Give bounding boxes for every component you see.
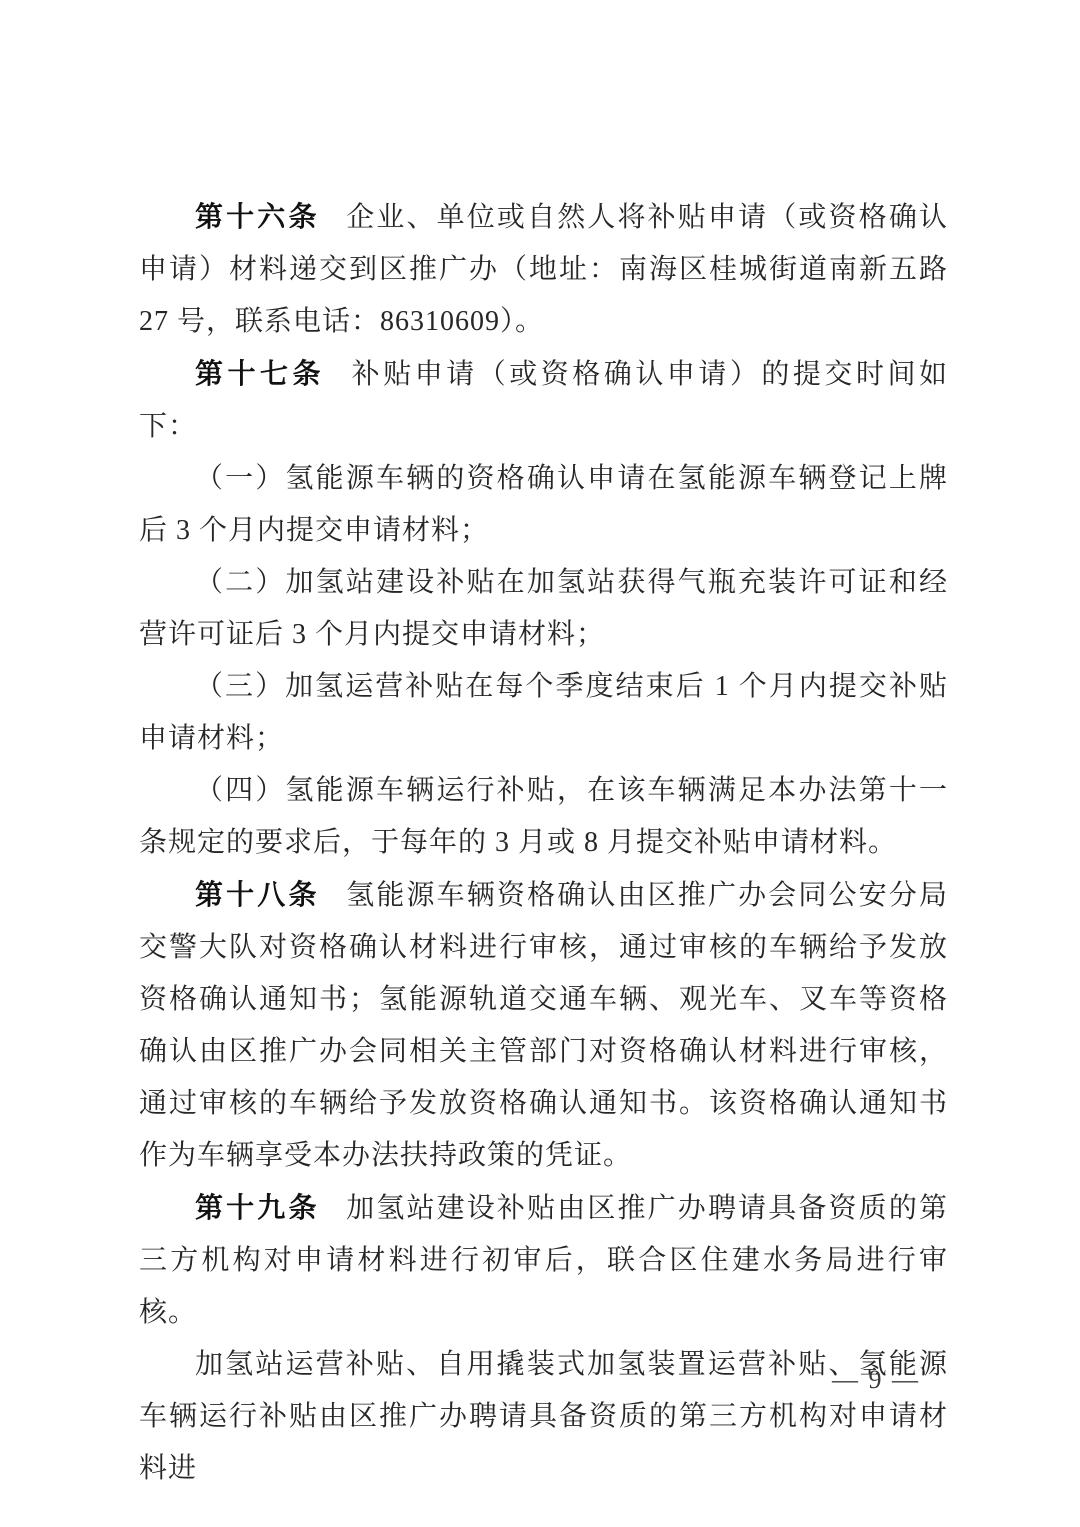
list-item-4: （四）氢能源车辆运行补贴，在该车辆满足本办法第十一条规定的要求后，于每年的 3 … xyxy=(139,765,948,869)
article-19-label: 第十九条 xyxy=(195,1192,320,1223)
paragraph-article-18: 第十八条氢能源车辆资格确认由区推广办会同公安分局交警大队对资格确认材料进行审核，… xyxy=(139,869,948,1182)
paragraph-continuation-text: 加氢站运营补贴、自用撬装式加氢装置运营补贴、氢能源车辆运行补贴由区推广办聘请具备… xyxy=(139,1349,948,1484)
list-item-2: （二）加氢站建设补贴在加氢站获得气瓶充装许可证和经营许可证后 3 个月内提交申请… xyxy=(139,557,948,661)
list-item-1: （一）氢能源车辆的资格确认申请在氢能源车辆登记上牌后 3 个月内提交申请材料； xyxy=(139,453,948,557)
article-18-text: 氢能源车辆资格确认由区推广办会同公安分局交警大队对资格确认材料进行审核，通过审核… xyxy=(139,880,948,1171)
paragraph-article-19: 第十九条加氢站建设补贴由区推广办聘请具备资质的第三方机构对申请材料进行初审后，联… xyxy=(139,1182,948,1339)
article-18-label: 第十八条 xyxy=(195,879,320,910)
list-item-3: （三）加氢运营补贴在每个季度结束后 1 个月内提交补贴申请材料； xyxy=(139,661,948,765)
article-16-label: 第十六条 xyxy=(195,201,320,232)
paragraph-article-16: 第十六条企业、单位或自然人将补贴申请（或资格确认申请）材料递交到区推广办（地址：… xyxy=(139,191,948,348)
document-body: 第十六条企业、单位或自然人将补贴申请（或资格确认申请）材料递交到区推广办（地址：… xyxy=(139,191,948,1495)
list-item-2-text: （二）加氢站建设补贴在加氢站获得气瓶充装许可证和经营许可证后 3 个月内提交申请… xyxy=(139,567,948,650)
page-number: — 9 — xyxy=(832,1364,920,1396)
list-item-4-text: （四）氢能源车辆运行补贴，在该车辆满足本办法第十一条规定的要求后，于每年的 3 … xyxy=(139,775,948,858)
paragraph-continuation: 加氢站运营补贴、自用撬装式加氢装置运营补贴、氢能源车辆运行补贴由区推广办聘请具备… xyxy=(139,1339,948,1495)
article-17-label: 第十七条 xyxy=(195,358,325,389)
paragraph-article-17: 第十七条补贴申请（或资格确认申请）的提交时间如下： xyxy=(139,348,948,453)
document-page: 第十六条企业、单位或自然人将补贴申请（或资格确认申请）材料递交到区推广办（地址：… xyxy=(0,0,1080,1527)
list-item-1-text: （一）氢能源车辆的资格确认申请在氢能源车辆登记上牌后 3 个月内提交申请材料； xyxy=(139,463,948,546)
list-item-3-text: （三）加氢运营补贴在每个季度结束后 1 个月内提交补贴申请材料； xyxy=(139,671,948,754)
